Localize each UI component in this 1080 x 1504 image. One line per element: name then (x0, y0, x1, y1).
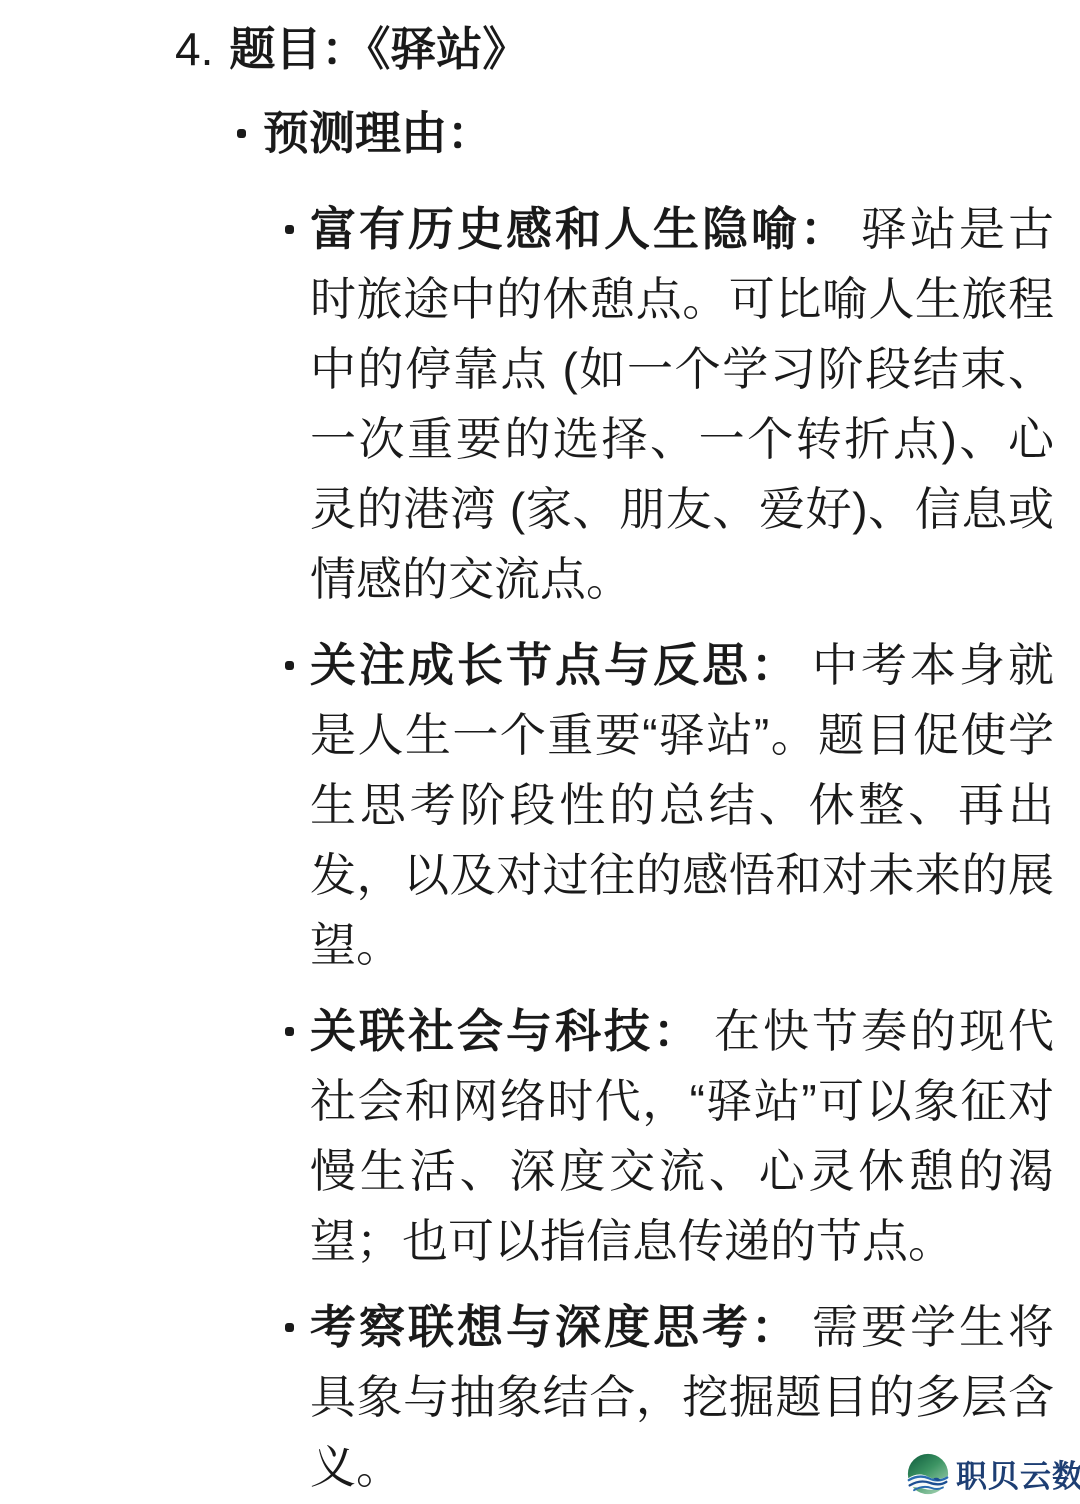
numbered-heading: 4.题目：《驿站》 (175, 14, 1054, 84)
reasons-list: 富有历史感和人生隐喻：驿站是古时旅途中的休憩点。可比喻人生旅程中的停靠点 (如一… (175, 194, 1054, 1502)
bullet-icon (285, 661, 294, 670)
reason-text: 富有历史感和人生隐喻：驿站是古时旅途中的休憩点。可比喻人生旅程中的停靠点 (如一… (310, 194, 1054, 614)
reason-text: 关注成长节点与反思：中考本身就是人生一个重要“驿站”。题目促使学生思考阶段性的总… (310, 630, 1054, 980)
reason-lead: 富有历史感和人生隐喻： (310, 203, 849, 255)
brand-name: 职贝云数 (956, 1451, 1080, 1496)
reason-item: 关联社会与科技：在快节奏的现代社会和网络时代，“驿站”可以象征对慢生活、深度交流… (285, 996, 1054, 1276)
reason-lead: 关联社会与科技： (310, 1005, 702, 1057)
bullet-icon (237, 129, 246, 138)
bullet-icon (285, 1027, 294, 1036)
reason-lead: 关注成长节点与反思： (310, 639, 800, 691)
section-label: 预测理由： (263, 107, 493, 159)
bullet-icon (285, 225, 294, 234)
reason-lead: 考察联想与深度思考： (310, 1301, 800, 1353)
reason-item: 关注成长节点与反思：中考本身就是人生一个重要“驿站”。题目促使学生思考阶段性的总… (285, 630, 1054, 980)
reason-item: 富有历史感和人生隐喻：驿站是古时旅途中的休憩点。可比喻人生旅程中的停靠点 (如一… (285, 194, 1054, 614)
bullet-icon (285, 1323, 294, 1332)
list-number: 4. (175, 23, 213, 75)
brand-logo-icon (907, 1453, 949, 1495)
item-title: 题目：《驿站》 (229, 23, 528, 75)
reason-body: 驿站是古时旅途中的休憩点。可比喻人生旅程中的停靠点 (如一个学习阶段结束、一次重… (310, 203, 1054, 605)
section-label-item: 预测理由： (237, 98, 1054, 168)
brand-watermark: 职贝云数 (907, 1451, 1080, 1496)
document-page: 4.题目：《驿站》 预测理由： 富有历史感和人生隐喻：驿站是古时旅途中的休憩点。… (0, 0, 1080, 1502)
reason-text: 关联社会与科技：在快节奏的现代社会和网络时代，“驿站”可以象征对慢生活、深度交流… (310, 996, 1054, 1276)
